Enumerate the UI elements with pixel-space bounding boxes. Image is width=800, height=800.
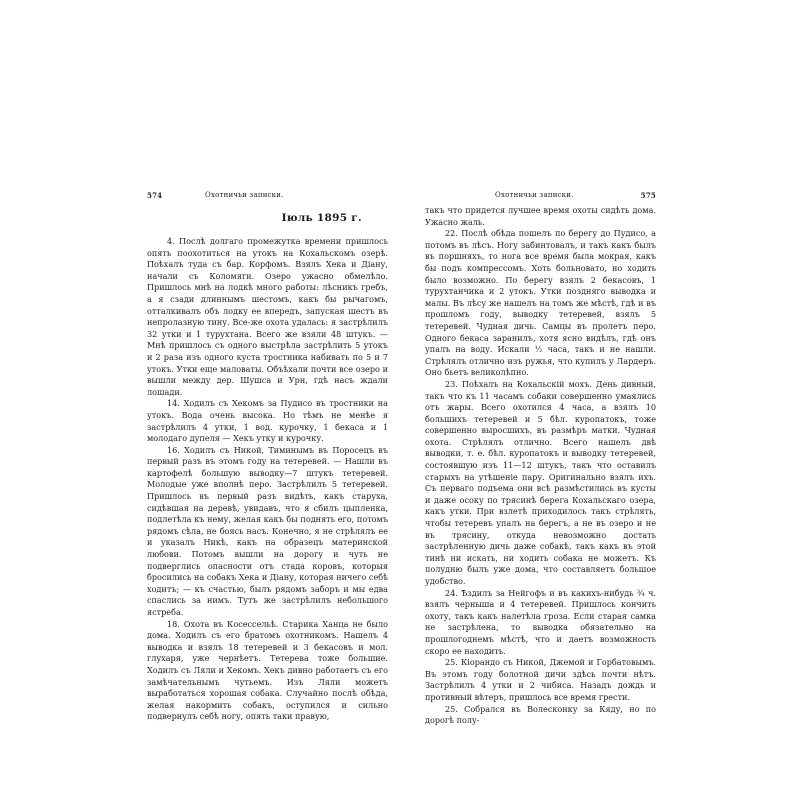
right-page-body: такъ что придется лучшее время охоты сид… [425,205,656,727]
right-running-head: Охотничьи записки. 575 [425,189,656,203]
paragraph: 4. Послѣ долгаго промежутка времени приш… [147,236,388,398]
continued-paragraph: такъ что придется лучшее время охоты сид… [425,205,656,228]
left-page: 574 Охотничьи записки. Іюль 1895 г. 4. П… [147,189,388,723]
left-page-body: 4. Послѣ долгаго промежутка времени приш… [147,236,388,723]
section-heading: Іюль 1895 г. [147,212,362,224]
running-title: Охотничьи записки. [205,191,284,199]
paragraph: 16. Ходилъ съ Никой, Тиминымъ въ Поросец… [147,445,388,619]
paragraph: 22. Послѣ обѣда пошелъ по берегу до Пуди… [425,228,656,379]
left-running-head: 574 Охотничьи записки. [147,189,388,203]
right-page: Охотничьи записки. 575 такъ что придется… [425,189,656,727]
page-number: 575 [641,191,656,200]
paragraph: 25. Кіорандо съ Никой, Джемой и Горбатов… [425,657,656,703]
paragraph: 14. Ходилъ съ Хекомъ за Пудисо въ тростн… [147,398,388,444]
page-number: 574 [147,191,162,200]
paragraph: 18. Охота въ Косессельѣ. Старика Ханца н… [147,619,388,723]
paragraph: 24. Ѣздилъ за Нейгофъ и въ какихъ-нибудь… [425,588,656,658]
book-spread: 574 Охотничьи записки. Іюль 1895 г. 4. П… [0,0,800,800]
paragraph: 23. Поѣхалъ на Кохальскій мохъ. День див… [425,379,656,588]
paragraph: 25. Собрался въ Волесконку за Кяду, но п… [425,704,656,727]
running-title: Охотничьи записки. [495,191,574,199]
